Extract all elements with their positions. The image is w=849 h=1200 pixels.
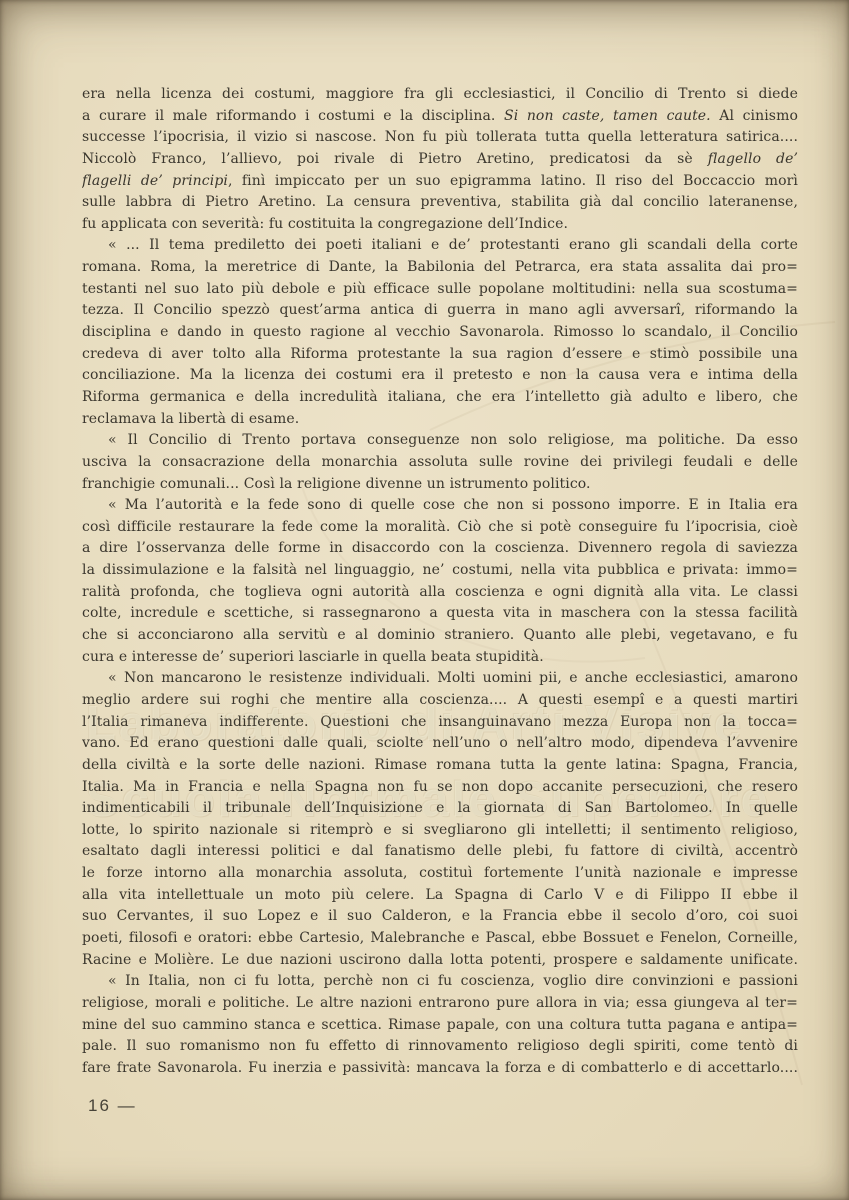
text-segment: reclamava la libertà di esame.: [82, 411, 299, 427]
text-segment: « ... Il tema prediletto dei poeti itali…: [108, 237, 798, 253]
text-line: testanti nel suo lato più debole e più e…: [82, 279, 798, 301]
text-segment: a curare il male riformando i costumi e …: [82, 108, 504, 124]
text-line: così difficile restaurare la fede come l…: [82, 517, 798, 539]
text-line: « Non mancarono le resistenze individual…: [82, 668, 798, 690]
text-block: era nella licenza dei costumi, maggiore …: [82, 84, 798, 1079]
text-segment: così difficile restaurare la fede come l…: [82, 519, 798, 535]
text-line: tezza. Il Concilio spezzò quest’arma ant…: [82, 300, 798, 322]
text-line: della civiltà e la sorte delle nazioni. …: [82, 755, 798, 777]
text-line: Racine e Molière. Le due nazioni usciron…: [82, 950, 798, 972]
text-segment: romana. Roma, la meretrice di Dante, la …: [82, 259, 798, 275]
text-segment: era nella licenza dei costumi, maggiore …: [82, 86, 798, 102]
text-line: alla vita intellettuale un moto più cele…: [82, 885, 798, 907]
text-line: « Ma l’autorità e la fede sono di quelle…: [82, 495, 798, 517]
text-segment: credeva di aver tolto alla Riforma prote…: [82, 346, 798, 362]
text-line: l’Italia rimaneva indifferente. Question…: [82, 712, 798, 734]
text-line: colte, incredule e scettiche, si rassegn…: [82, 603, 798, 625]
text-line: reclamava la libertà di esame.: [82, 409, 798, 431]
text-segment: poeti, filosofi e oratori: ebbe Cartesio…: [82, 930, 798, 946]
text-segment: successe l’ipocrisia, il vizio si nascos…: [82, 129, 798, 145]
text-segment: franchigie comunali... Così la religione…: [82, 476, 591, 492]
text-line: « ... Il tema prediletto dei poeti itali…: [82, 235, 798, 257]
page-number: 16 —: [88, 1096, 137, 1116]
text-segment: religiose, morali e politiche. Le altre …: [82, 995, 798, 1011]
text-segment: conciliazione. Ma la licenza dei costumi…: [82, 367, 798, 383]
text-line: esaltato dagli interessi politici e dal …: [82, 841, 798, 863]
text-segment: fu applicata con severità: fu costituita…: [82, 216, 568, 232]
text-segment: vano. Ed erano questioni dalle quali, sc…: [82, 735, 798, 751]
text-line: fare frate Savonarola. Fu inerzia e pass…: [82, 1058, 798, 1080]
text-line: a dire l’osservanza delle forme in disac…: [82, 538, 798, 560]
text-segment: Al cinismo: [711, 108, 798, 124]
text-line: pale. Il suo romanismo non fu effetto di…: [82, 1036, 798, 1058]
text-line: romana. Roma, la meretrice di Dante, la …: [82, 257, 798, 279]
text-line: Riforma germanica e della incredulità it…: [82, 387, 798, 409]
text-segment: Riforma germanica e della incredulità it…: [82, 389, 798, 405]
text-segment: cura e interesse de’ superiori lasciarle…: [82, 649, 544, 665]
text-segment: della civiltà e la sorte delle nazioni. …: [82, 757, 798, 773]
text-segment: , finì impiccato per un suo epigramma la…: [228, 173, 798, 189]
text-line: fu applicata con severità: fu costituita…: [82, 214, 798, 236]
text-line: poeti, filosofi e oratori: ebbe Cartesio…: [82, 928, 798, 950]
text-line: usciva la consacrazione della monarchia …: [82, 452, 798, 474]
italic-text-segment: Si non caste, tamen caute.: [504, 108, 711, 124]
text-line: vano. Ed erano questioni dalle quali, sc…: [82, 733, 798, 755]
text-line: ralità profonda, che toglieva ogni autor…: [82, 582, 798, 604]
text-segment: usciva la consacrazione della monarchia …: [82, 454, 798, 470]
text-segment: disciplina e dando in questo ragione al …: [82, 324, 798, 340]
text-segment: che si acconciarono alla servitù e al do…: [82, 627, 798, 643]
text-segment: Niccolò Franco, l’allievo, poi rivale di…: [82, 151, 708, 167]
text-line: sulle labbra di Pietro Aretino. La censu…: [82, 192, 798, 214]
text-segment: tezza. Il Concilio spezzò quest’arma ant…: [82, 302, 798, 318]
text-line: le forze intorno alla monarchia assoluta…: [82, 863, 798, 885]
text-segment: Italia. Ma in Francia e nella Spagna non…: [82, 779, 798, 795]
text-segment: la dissimulazione e la falsità nel lingu…: [82, 562, 798, 578]
text-segment: a dire l’osservanza delle forme in disac…: [82, 540, 798, 556]
text-line: conciliazione. Ma la licenza dei costumi…: [82, 365, 798, 387]
text-line: « In Italia, non ci fu lotta, perchè non…: [82, 971, 798, 993]
text-line: disciplina e dando in questo ragione al …: [82, 322, 798, 344]
text-line: religiose, morali e politiche. Le altre …: [82, 993, 798, 1015]
text-line: Niccolò Franco, l’allievo, poi rivale di…: [82, 149, 798, 171]
text-segment: lotte, lo spirito nazionale si ritemprò …: [82, 822, 798, 838]
text-segment: pale. Il suo romanismo non fu effetto di…: [82, 1038, 798, 1054]
text-line: « Il Concilio di Trento portava consegue…: [82, 430, 798, 452]
text-line: successe l’ipocrisia, il vizio si nascos…: [82, 127, 798, 149]
text-segment: colte, incredule e scettiche, si rassegn…: [82, 605, 798, 621]
text-segment: testanti nel suo lato più debole e più e…: [82, 281, 798, 297]
text-segment: « Non mancarono le resistenze individual…: [108, 670, 798, 686]
text-segment: Racine e Molière. Le due nazioni usciron…: [82, 952, 798, 968]
text-line: suo Cervantes, il suo Lopez e il suo Cal…: [82, 906, 798, 928]
text-segment: « Il Concilio di Trento portava consegue…: [108, 432, 798, 448]
text-segment: alla vita intellettuale un moto più cele…: [82, 887, 798, 903]
text-segment: « Ma l’autorità e la fede sono di quelle…: [108, 497, 798, 513]
italic-text-segment: flagelli de’ principi: [82, 173, 228, 189]
text-segment: l’Italia rimaneva indifferente. Question…: [82, 714, 798, 730]
text-segment: le forze intorno alla monarchia assoluta…: [82, 865, 798, 881]
text-line: era nella licenza dei costumi, maggiore …: [82, 84, 798, 106]
text-segment: meglio ardere sui roghi che mentire alla…: [82, 692, 798, 708]
text-segment: sulle labbra di Pietro Aretino. La censu…: [82, 194, 798, 210]
text-segment: esaltato dagli interessi politici e dal …: [82, 843, 798, 859]
text-line: franchigie comunali... Così la religione…: [82, 474, 798, 496]
text-line: la dissimulazione e la falsità nel lingu…: [82, 560, 798, 582]
text-line: meglio ardere sui roghi che mentire alla…: [82, 690, 798, 712]
text-line: indimenticabili il tribunale dell’Inquis…: [82, 798, 798, 820]
text-segment: mine del suo cammino stanca e scettica. …: [82, 1017, 798, 1033]
text-line: lotte, lo spirito nazionale si ritemprò …: [82, 820, 798, 842]
text-line: flagelli de’ principi, finì impiccato pe…: [82, 171, 798, 193]
italic-text-segment: flagello de’: [708, 151, 798, 167]
text-line: a curare il male riformando i costumi e …: [82, 106, 798, 128]
text-segment: fare frate Savonarola. Fu inerzia e pass…: [82, 1060, 798, 1076]
text-segment: indimenticabili il tribunale dell’Inquis…: [82, 800, 798, 816]
text-segment: ralità profonda, che toglieva ogni autor…: [82, 584, 798, 600]
text-line: che si acconciarono alla servitù e al do…: [82, 625, 798, 647]
text-line: Italia. Ma in Francia e nella Spagna non…: [82, 777, 798, 799]
text-line: credeva di aver tolto alla Riforma prote…: [82, 344, 798, 366]
text-segment: « In Italia, non ci fu lotta, perchè non…: [108, 973, 798, 989]
text-segment: suo Cervantes, il suo Lopez e il suo Cal…: [82, 908, 798, 924]
scanned-page: Laboratorio di Arti Visive Scuola Normal…: [0, 0, 849, 1200]
text-line: mine del suo cammino stanca e scettica. …: [82, 1015, 798, 1037]
text-line: cura e interesse de’ superiori lasciarle…: [82, 647, 798, 669]
